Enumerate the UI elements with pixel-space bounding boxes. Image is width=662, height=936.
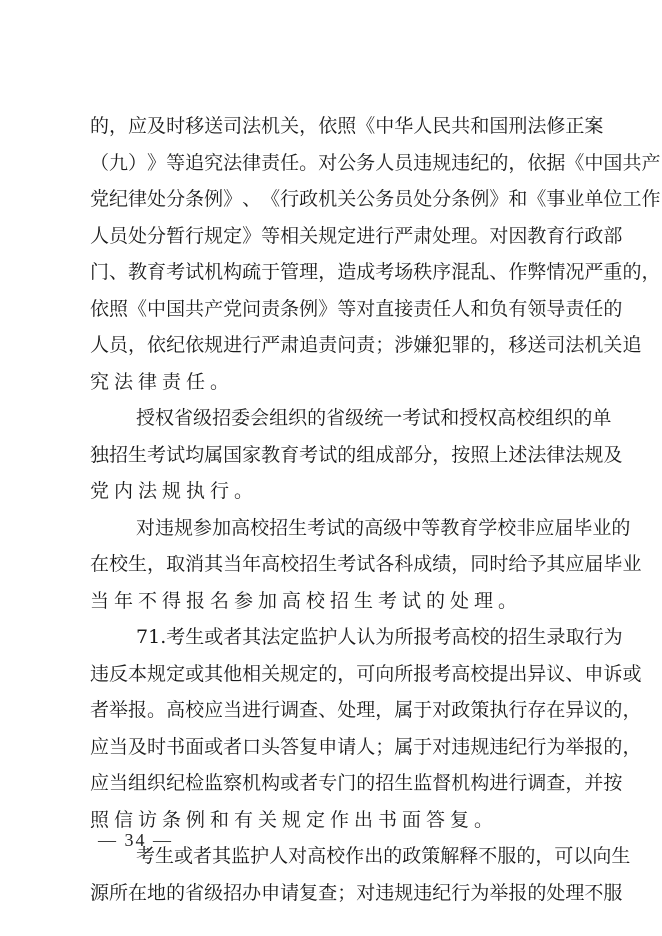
text-line: 究法律责任。: [90, 368, 576, 405]
text-line: 源所在地的省级招办申请复查；对违规违纪行为举报的处理不服: [90, 879, 576, 916]
page-number: — 34 —: [98, 830, 173, 851]
text-line: 在校生，取消其当年高校招生考试各科成绩，同时给予其应届毕业: [90, 550, 576, 587]
text-line: 门、教育考试机构疏于管理，造成考场秩序混乱、作弊情况严重的，: [90, 258, 576, 295]
text-line: 应当及时书面或者口头答复申请人；属于对违规违纪行为举报的，: [90, 733, 576, 770]
text-line: 违反本规定或其他相关规定的，可向所报考高校提出异议、申诉或: [90, 660, 576, 697]
document-page: 的，应及时移送司法机关，依照《中华人民共和国刑法修正案（九）》等追究法律责任。对…: [0, 0, 662, 936]
text-line: 独招生考试均属国家教育考试的组成部分，按照上述法律法规及: [90, 441, 576, 478]
text-line: 人员处分暂行规定》等相关规定进行严肃处理。对因教育行政部: [90, 222, 576, 259]
text-line: 者举报。高校应当进行调查、处理，属于对政策执行存在异议的，: [90, 696, 576, 733]
text-line: 对违规参加高校招生考试的高级中等教育学校非应届毕业的: [90, 514, 576, 551]
text-line: 党纪律处分条例》、《行政机关公务员处分条例》和《事业单位工作: [90, 185, 576, 222]
text-line: 71.考生或者其法定监护人认为所报考高校的招生录取行为: [90, 623, 576, 660]
text-line: 人员，依纪依规进行严肃追责问责；涉嫌犯罪的，移送司法机关追: [90, 331, 576, 368]
text-line: 依照《中国共产党问责条例》等对直接责任人和负有领导责任的: [90, 295, 576, 332]
text-line: 应当组织纪检监察机构或者专门的招生监督机构进行调查，并按: [90, 769, 576, 806]
text-line: 党内法规执行。: [90, 477, 576, 514]
body-text: 的，应及时移送司法机关，依照《中华人民共和国刑法修正案（九）》等追究法律责任。对…: [90, 112, 576, 915]
text-line: 当年不得报名参加高校招生考试的处理。: [90, 587, 576, 624]
text-line: 的，应及时移送司法机关，依照《中华人民共和国刑法修正案: [90, 112, 576, 149]
text-line: （九）》等追究法律责任。对公务人员违规违纪的，依据《中国共产: [90, 149, 576, 186]
text-line: 授权省级招委会组织的省级统一考试和授权高校组织的单: [90, 404, 576, 441]
